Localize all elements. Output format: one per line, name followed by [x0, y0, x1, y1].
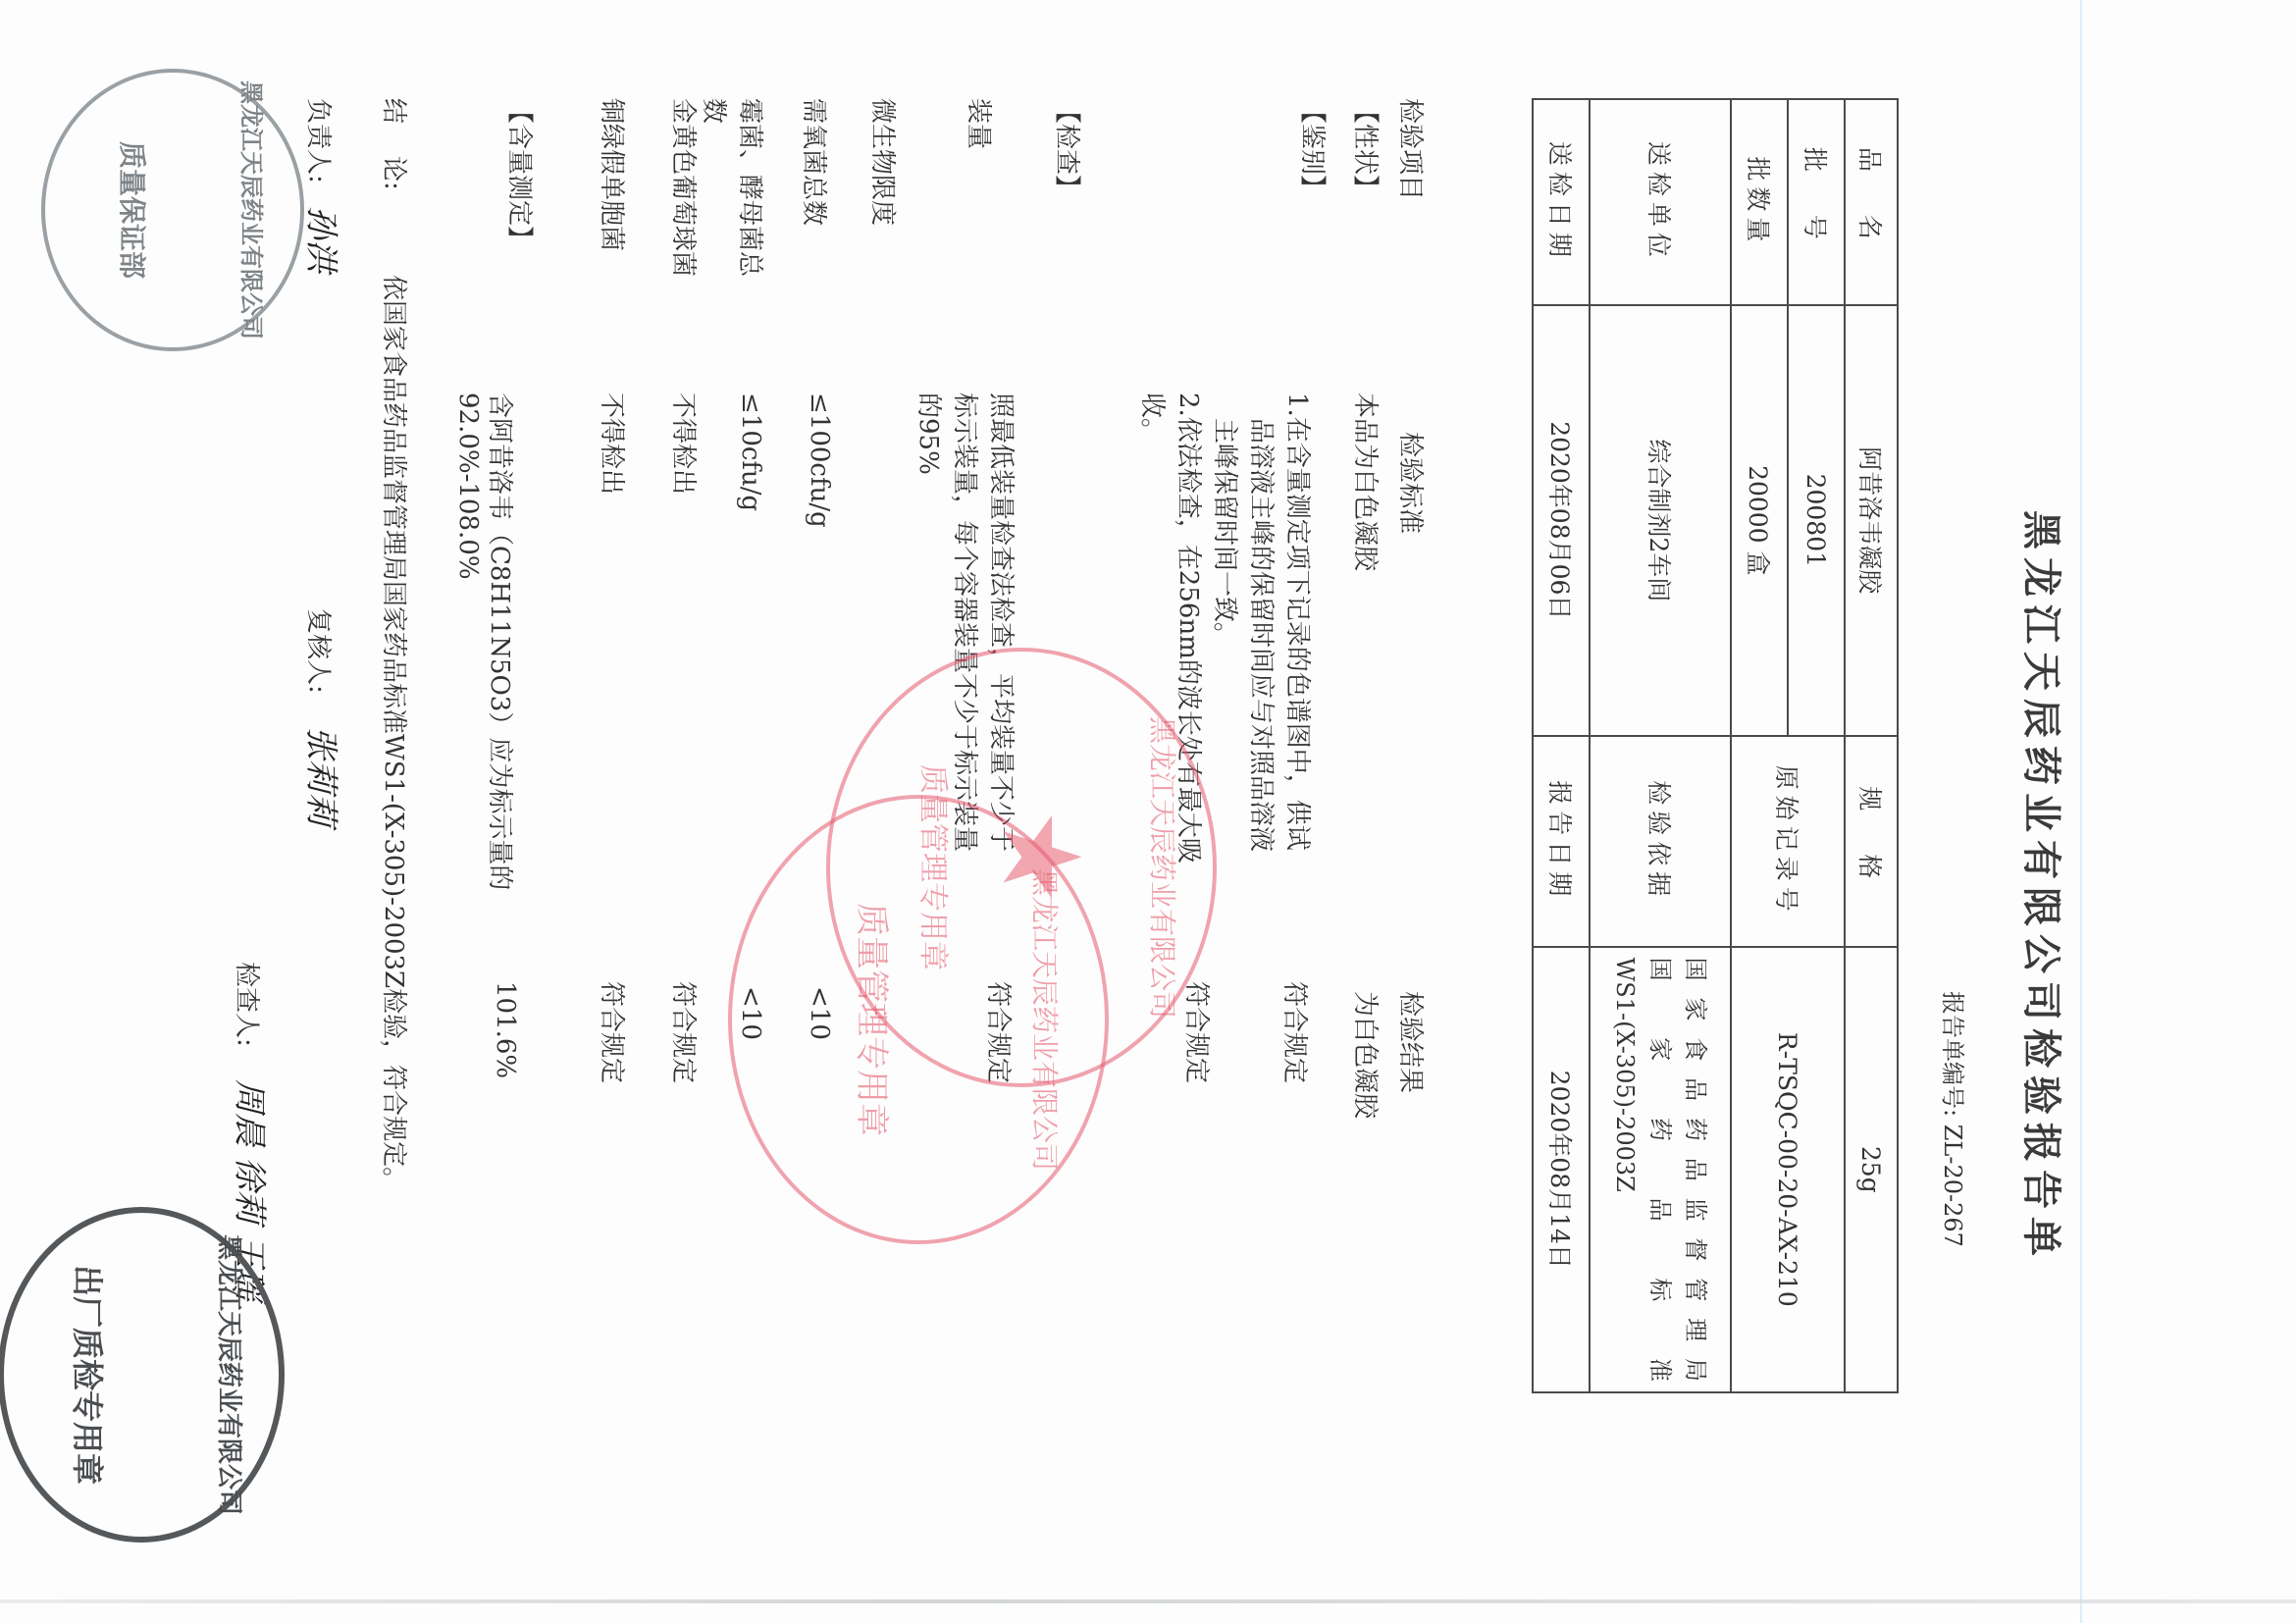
aerobic-count-item: 需氧菌总数 — [798, 98, 834, 226]
section-appearance: 【性状】 — [1349, 98, 1385, 200]
header-result: 检验结果 — [1394, 991, 1431, 1093]
inspector-label: 检查人: — [231, 962, 267, 1047]
red-stamp-2-outer: 黑龙江天辰药业有限公司 — [1026, 799, 1066, 1240]
conclusion-label: 结 论: — [378, 98, 414, 190]
section-assay: 【含量测定】 — [503, 98, 540, 251]
test-basis-line: 国 家 药 品 标 准 — [1643, 958, 1678, 1382]
responsible-label: 负责人: — [302, 98, 339, 183]
responsible-signature: 孙洪 — [300, 206, 348, 273]
test-basis-value: 国家食品药品监督管理局 国 家 药 品 标 准 WS1-(X-305)-2003… — [1590, 947, 1731, 1392]
test-basis-label: 检验依据 — [1590, 736, 1731, 947]
reviewer-label: 复核人: — [302, 608, 339, 694]
specification-label: 规 格 — [1845, 736, 1898, 947]
reviewer-signature: 张莉莉 — [300, 726, 348, 826]
test-basis-line: 国家食品药品监督管理局 — [1678, 958, 1713, 1382]
test-basis-line: WS1-(X-305)-2003Z — [1607, 958, 1643, 1382]
red-stamp-1-outer: 黑龙江天辰药业有限公司 — [1144, 652, 1183, 1083]
mold-yeast-item: 霉菌、酵母菌总 — [734, 98, 770, 277]
table-row: 品 名 阿昔洛韦凝胶 规 格 25g — [1845, 99, 1898, 1392]
red-stamp-2-inner: 质量管理专用章 — [851, 799, 899, 1240]
batch-quantity-label: 批数量 — [1731, 99, 1788, 305]
report-number-label: 报告单编号: — [1939, 991, 1966, 1117]
fill-volume-item: 装量 — [963, 98, 999, 149]
red-stamp-2: 黑龙江天辰药业有限公司 质量管理专用章 — [728, 795, 1109, 1244]
assay-standard-line1: 含阿昔洛韦（C8H11N5O3）应为标示量的 — [484, 393, 520, 890]
pseudomonas-standard: 不得检出 — [596, 393, 632, 495]
aerobic-count-standard: ≤100cfu/g — [805, 393, 834, 528]
original-record-value: R-TSQC-00-20-AX-210 — [1731, 947, 1845, 1392]
qc-stamp-inner-text: 出厂质检专用章 — [67, 1213, 112, 1537]
batch-no-label: 批 号 — [1788, 99, 1845, 305]
section-identification: 【鉴别】 — [1296, 98, 1332, 200]
table-row: 批 号 200801 原始记录号 R-TSQC-00-20-AX-210 — [1788, 99, 1845, 1392]
product-name-value: 阿昔洛韦凝胶 — [1845, 305, 1898, 736]
header-item: 检验项目 — [1394, 98, 1431, 200]
staph-aureus-result: 符合规定 — [667, 981, 704, 1083]
submitting-unit-value: 综合制剂2车间 — [1590, 305, 1731, 736]
identification-result-2: 符合规定 — [1180, 981, 1217, 1083]
report-date-value: 2020年08月14日 — [1533, 947, 1590, 1392]
identification-line: 主峰保留时间一致。 — [1206, 393, 1242, 864]
specification-value: 25g — [1845, 947, 1898, 1392]
appearance-result: 为白色凝胶 — [1349, 991, 1385, 1119]
identification-line: 1.在含量测定项下记录的色谱图中，供试 — [1278, 393, 1315, 864]
qa-stamp: 黑龙江天辰药业有限公司 质量保证部 — [41, 69, 304, 351]
original-record-label: 原始记录号 — [1731, 736, 1845, 947]
batch-no-value: 200801 — [1788, 305, 1845, 736]
inspection-report-page: 黑龙江天辰药业有限公司检验报告单 报告单编号: ZL-20-267 品 名 阿昔… — [0, 0, 2296, 1623]
header-standard: 检验标准 — [1394, 432, 1431, 534]
qa-stamp-inner-text: 质量保证部 — [114, 73, 153, 347]
identification-line: 品溶液主峰的保留时间应与对照品溶液 — [1242, 393, 1278, 864]
product-name-label: 品 名 — [1845, 99, 1898, 305]
submit-date-label: 送检日期 — [1533, 99, 1590, 305]
qc-stamp: 黑龙江天辰药业有限公司 出厂质检专用章 — [0, 1207, 285, 1543]
report-number-value: ZL-20-267 — [1939, 1125, 1966, 1247]
pseudomonas-result: 符合规定 — [596, 981, 632, 1083]
report-title: 黑龙江天辰药业有限公司检验报告单 — [2016, 510, 2072, 1264]
table-row: 送检日期 2020年08月06日 报告日期 2020年08月14日 — [1533, 99, 1590, 1392]
staph-aureus-standard: 不得检出 — [667, 393, 704, 495]
section-inspection: 【检查】 — [1051, 98, 1087, 200]
assay-standard-line2: 92.0%-108.0% — [453, 393, 483, 580]
assay-result: 101.6% — [491, 981, 520, 1078]
microbial-limit-item: 微生物限度 — [866, 98, 903, 226]
mold-yeast-standard: ≤10cfu/g — [736, 393, 765, 511]
pseudomonas-item: 铜绿假单胞菌 — [596, 98, 632, 251]
table-row: 送检单位 综合制剂2车间 检验依据 国家食品药品监督管理局 国 家 药 品 标 … — [1590, 99, 1731, 1392]
product-info-table: 品 名 阿昔洛韦凝胶 规 格 25g 批 号 200801 原始记录号 R-TS… — [1532, 98, 1899, 1393]
qc-stamp-outer-text: 黑龙江天辰药业有限公司 — [213, 1213, 249, 1537]
appearance-standard: 本品为白色凝胶 — [1349, 393, 1385, 571]
submitting-unit-label: 送检单位 — [1590, 99, 1731, 305]
qa-stamp-outer-text: 黑龙江天辰药业有限公司 — [236, 73, 271, 347]
submit-date-value: 2020年08月06日 — [1533, 305, 1590, 736]
report-date-label: 报告日期 — [1533, 736, 1590, 947]
report-number: 报告单编号: ZL-20-267 — [1938, 991, 1972, 1247]
batch-quantity-value: 20000 盒 — [1731, 305, 1788, 736]
staph-aureus-item: 金黄色葡萄球菌 — [667, 98, 704, 277]
identification-result-1: 符合规定 — [1278, 981, 1315, 1083]
conclusion-text: 依国家食品药品监督管理局国家药品标准WS1-(X-305)-2003Z检验，符合… — [378, 275, 414, 1192]
